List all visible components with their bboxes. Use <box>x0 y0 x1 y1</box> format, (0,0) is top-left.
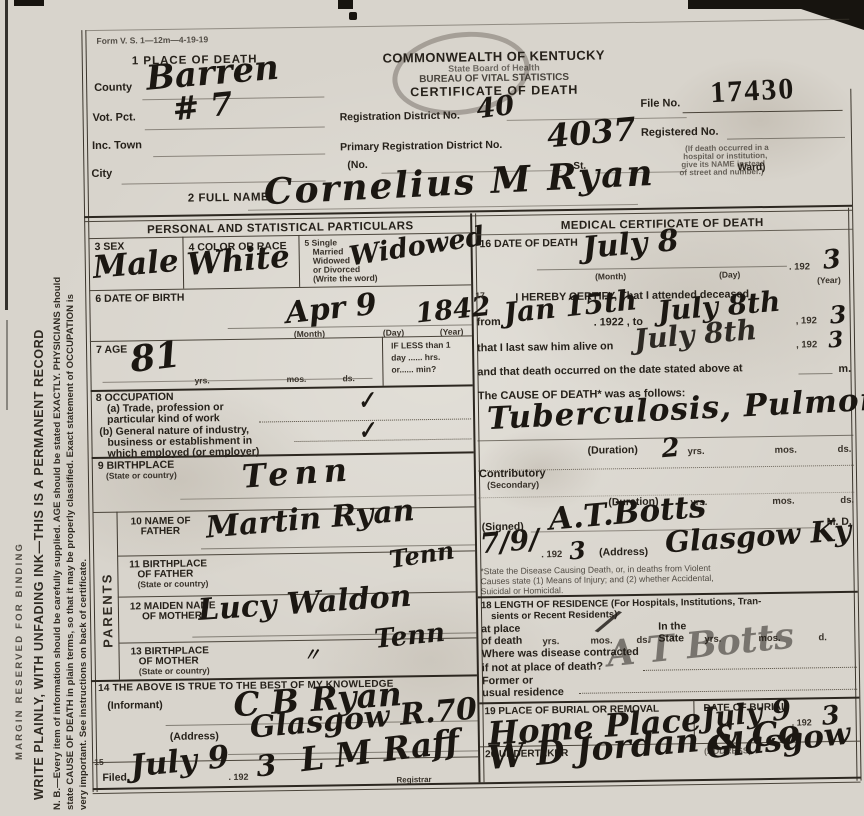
dod-year-digit: 3 <box>822 246 843 274</box>
state-d-caption: d. <box>818 632 827 643</box>
birthplace-subcaption: (State or country) <box>106 470 177 481</box>
sex-value: Male <box>92 246 180 284</box>
former-residence-label: Former or <box>482 675 533 688</box>
file-no-label: File No. <box>640 97 680 110</box>
cell-divider <box>382 337 384 386</box>
former-residence-label: usual residence <box>482 686 564 699</box>
dob-label: 6 DATE OF BIRTH <box>95 292 184 305</box>
father-birthplace-subcaption: (State or country) <box>137 578 208 589</box>
certify-from-label: from <box>477 316 501 328</box>
county-line <box>142 97 324 101</box>
if-less-note: day ...... hrs. <box>391 352 440 363</box>
filed-year-digit: 3 <box>255 751 278 782</box>
cell-divider <box>298 235 300 287</box>
age-mos-caption: mos. <box>286 374 306 384</box>
date-of-death-value: July 8 <box>581 226 679 264</box>
duration-value: 2 <box>661 435 681 462</box>
filed-date-value: July 9 <box>129 742 231 783</box>
residence-section-title: 18 LENGTH OF RESIDENCE (For Hospitals, I… <box>481 596 762 611</box>
duration2-ds-caption: ds. <box>840 495 854 506</box>
death-occurred-m-label: m. <box>838 363 851 375</box>
mother-birthplace-ditto: 〃 <box>302 647 320 665</box>
birthplace-line <box>180 494 474 499</box>
death-hour-line <box>798 373 832 375</box>
registered-no-label: Registered No. <box>641 126 719 139</box>
death-certificate-scan: MARGIN RESERVED FOR BINDING WRITE PLAINL… <box>0 0 864 816</box>
mother-name-value: Lucy Waldon <box>197 582 412 626</box>
at-place-label: of death <box>481 635 522 648</box>
disease-contracted-label: if not at place of death? <box>482 660 603 674</box>
rule <box>89 284 471 291</box>
form-number: Form V. S. 1—12m—4-19-19 <box>96 34 208 46</box>
father-name-value: Martin Ryan <box>205 496 416 544</box>
certify-section-number: 17 <box>475 290 485 300</box>
inc-town-label: Inc. Town <box>92 139 142 152</box>
registration-district-value: 40 <box>475 92 516 123</box>
registered-no-line <box>727 137 845 140</box>
city-label: City <box>91 168 112 180</box>
primary-district-label: Primary Registration District No. <box>340 139 502 153</box>
former-residence-line <box>579 689 857 694</box>
certify-to-year-prefix: , 192 <box>796 315 817 326</box>
occupation-b-line <box>294 438 471 442</box>
last-saw-year-digit: 3 <box>827 328 844 351</box>
inc-town-line <box>153 154 325 158</box>
certificate-form: Form V. S. 1—12m—4-19-19 1 PLACE OF DEAT… <box>0 0 864 816</box>
age-value: 81 <box>128 336 182 378</box>
dob-value: Apr 9 <box>284 290 378 329</box>
mother-name-label: OF MOTHER <box>142 610 202 622</box>
vot-pct-label: Vot. Pct. <box>93 111 136 124</box>
mother-birthplace-value: Tenn <box>373 620 446 653</box>
year-caption: (Year) <box>817 275 841 285</box>
informant-label: (Informant) <box>107 699 163 712</box>
duration-mos-caption: mos. <box>775 445 797 456</box>
duration-ds-caption: ds. <box>838 444 852 455</box>
full-name-label: 2 FULL NAME <box>188 191 269 204</box>
vot-pct-line <box>145 127 325 131</box>
death-occurred-statement: and that death occurred on the date stat… <box>477 362 742 378</box>
form-border-top <box>85 19 849 31</box>
residence-section-title: sients or Recent Residents) <box>491 609 618 622</box>
file-no-value: 17430 <box>710 74 796 108</box>
contributory-label: Contributory <box>479 467 546 480</box>
birthplace-value: Tenn <box>241 453 354 492</box>
vot-pct-value: # 7 <box>171 87 234 125</box>
sign-year-prefix: . 192 <box>541 549 562 560</box>
date-of-death-label: 16 DATE OF DEATH <box>479 237 577 250</box>
sign-date-value: 7/9/ <box>479 525 541 558</box>
registrar-label: Registrar <box>396 775 431 785</box>
age-yrs-caption: yrs. <box>194 375 209 385</box>
day-caption: (Day) <box>719 269 740 279</box>
primary-district-value: 4037 <box>546 113 637 152</box>
duration-yrs-caption: yrs. <box>688 446 705 457</box>
full-name-value: Cornelius M Ryan <box>263 155 655 210</box>
dod-year-prefix: . 192 <box>789 261 810 272</box>
if-less-note: or...... min? <box>391 364 436 375</box>
cause-footnote: Causes state (1) Means of Injury; and (2… <box>480 573 713 586</box>
age-label: 7 AGE <box>96 344 127 356</box>
month-caption: (Month) <box>595 271 626 281</box>
marital-options: (Write the word) <box>313 273 378 284</box>
occupation-a-entry: ✓ <box>355 388 378 414</box>
file-no-line <box>683 110 843 113</box>
last-saw-statement: that I last saw him alive on <box>477 340 613 354</box>
mother-birthplace-subcaption: (State or country) <box>139 665 210 676</box>
county-label: County <box>94 81 132 94</box>
race-value: White <box>186 242 291 282</box>
age-ds-caption: ds. <box>342 373 354 383</box>
filed-year-prefix: . 192 <box>228 772 248 782</box>
if-less-note: IF LESS than 1 <box>391 340 451 351</box>
duration-label: (Duration) <box>588 444 638 457</box>
duration2-mos-caption: mos. <box>772 496 794 507</box>
at-place-label: at place <box>481 623 520 636</box>
filed-section-number: 15 <box>94 757 104 767</box>
father-name-label: FATHER <box>141 526 180 538</box>
physician-address-label: (Address) <box>599 546 648 559</box>
institution-note: of street and number.) <box>679 167 763 177</box>
cell-divider <box>182 237 184 289</box>
last-saw-year-prefix: , 192 <box>796 339 817 350</box>
residence-yrs-caption: yrs. <box>542 636 559 647</box>
certify-to-year-digit: 3 <box>829 302 848 327</box>
date-of-death-line <box>537 266 787 271</box>
last-saw-value: July 8th <box>633 316 758 354</box>
father-birthplace-value: Tenn <box>388 538 456 572</box>
filed-label: Filed <box>102 772 127 784</box>
secondary-caption: (Secondary) <box>487 479 539 490</box>
parents-label: PARENTS <box>99 573 115 648</box>
registration-district-label: Registration District No. <box>340 110 460 124</box>
contracted-signature: A T Botts <box>605 618 795 673</box>
sign-year-digit: 3 <box>568 538 587 563</box>
